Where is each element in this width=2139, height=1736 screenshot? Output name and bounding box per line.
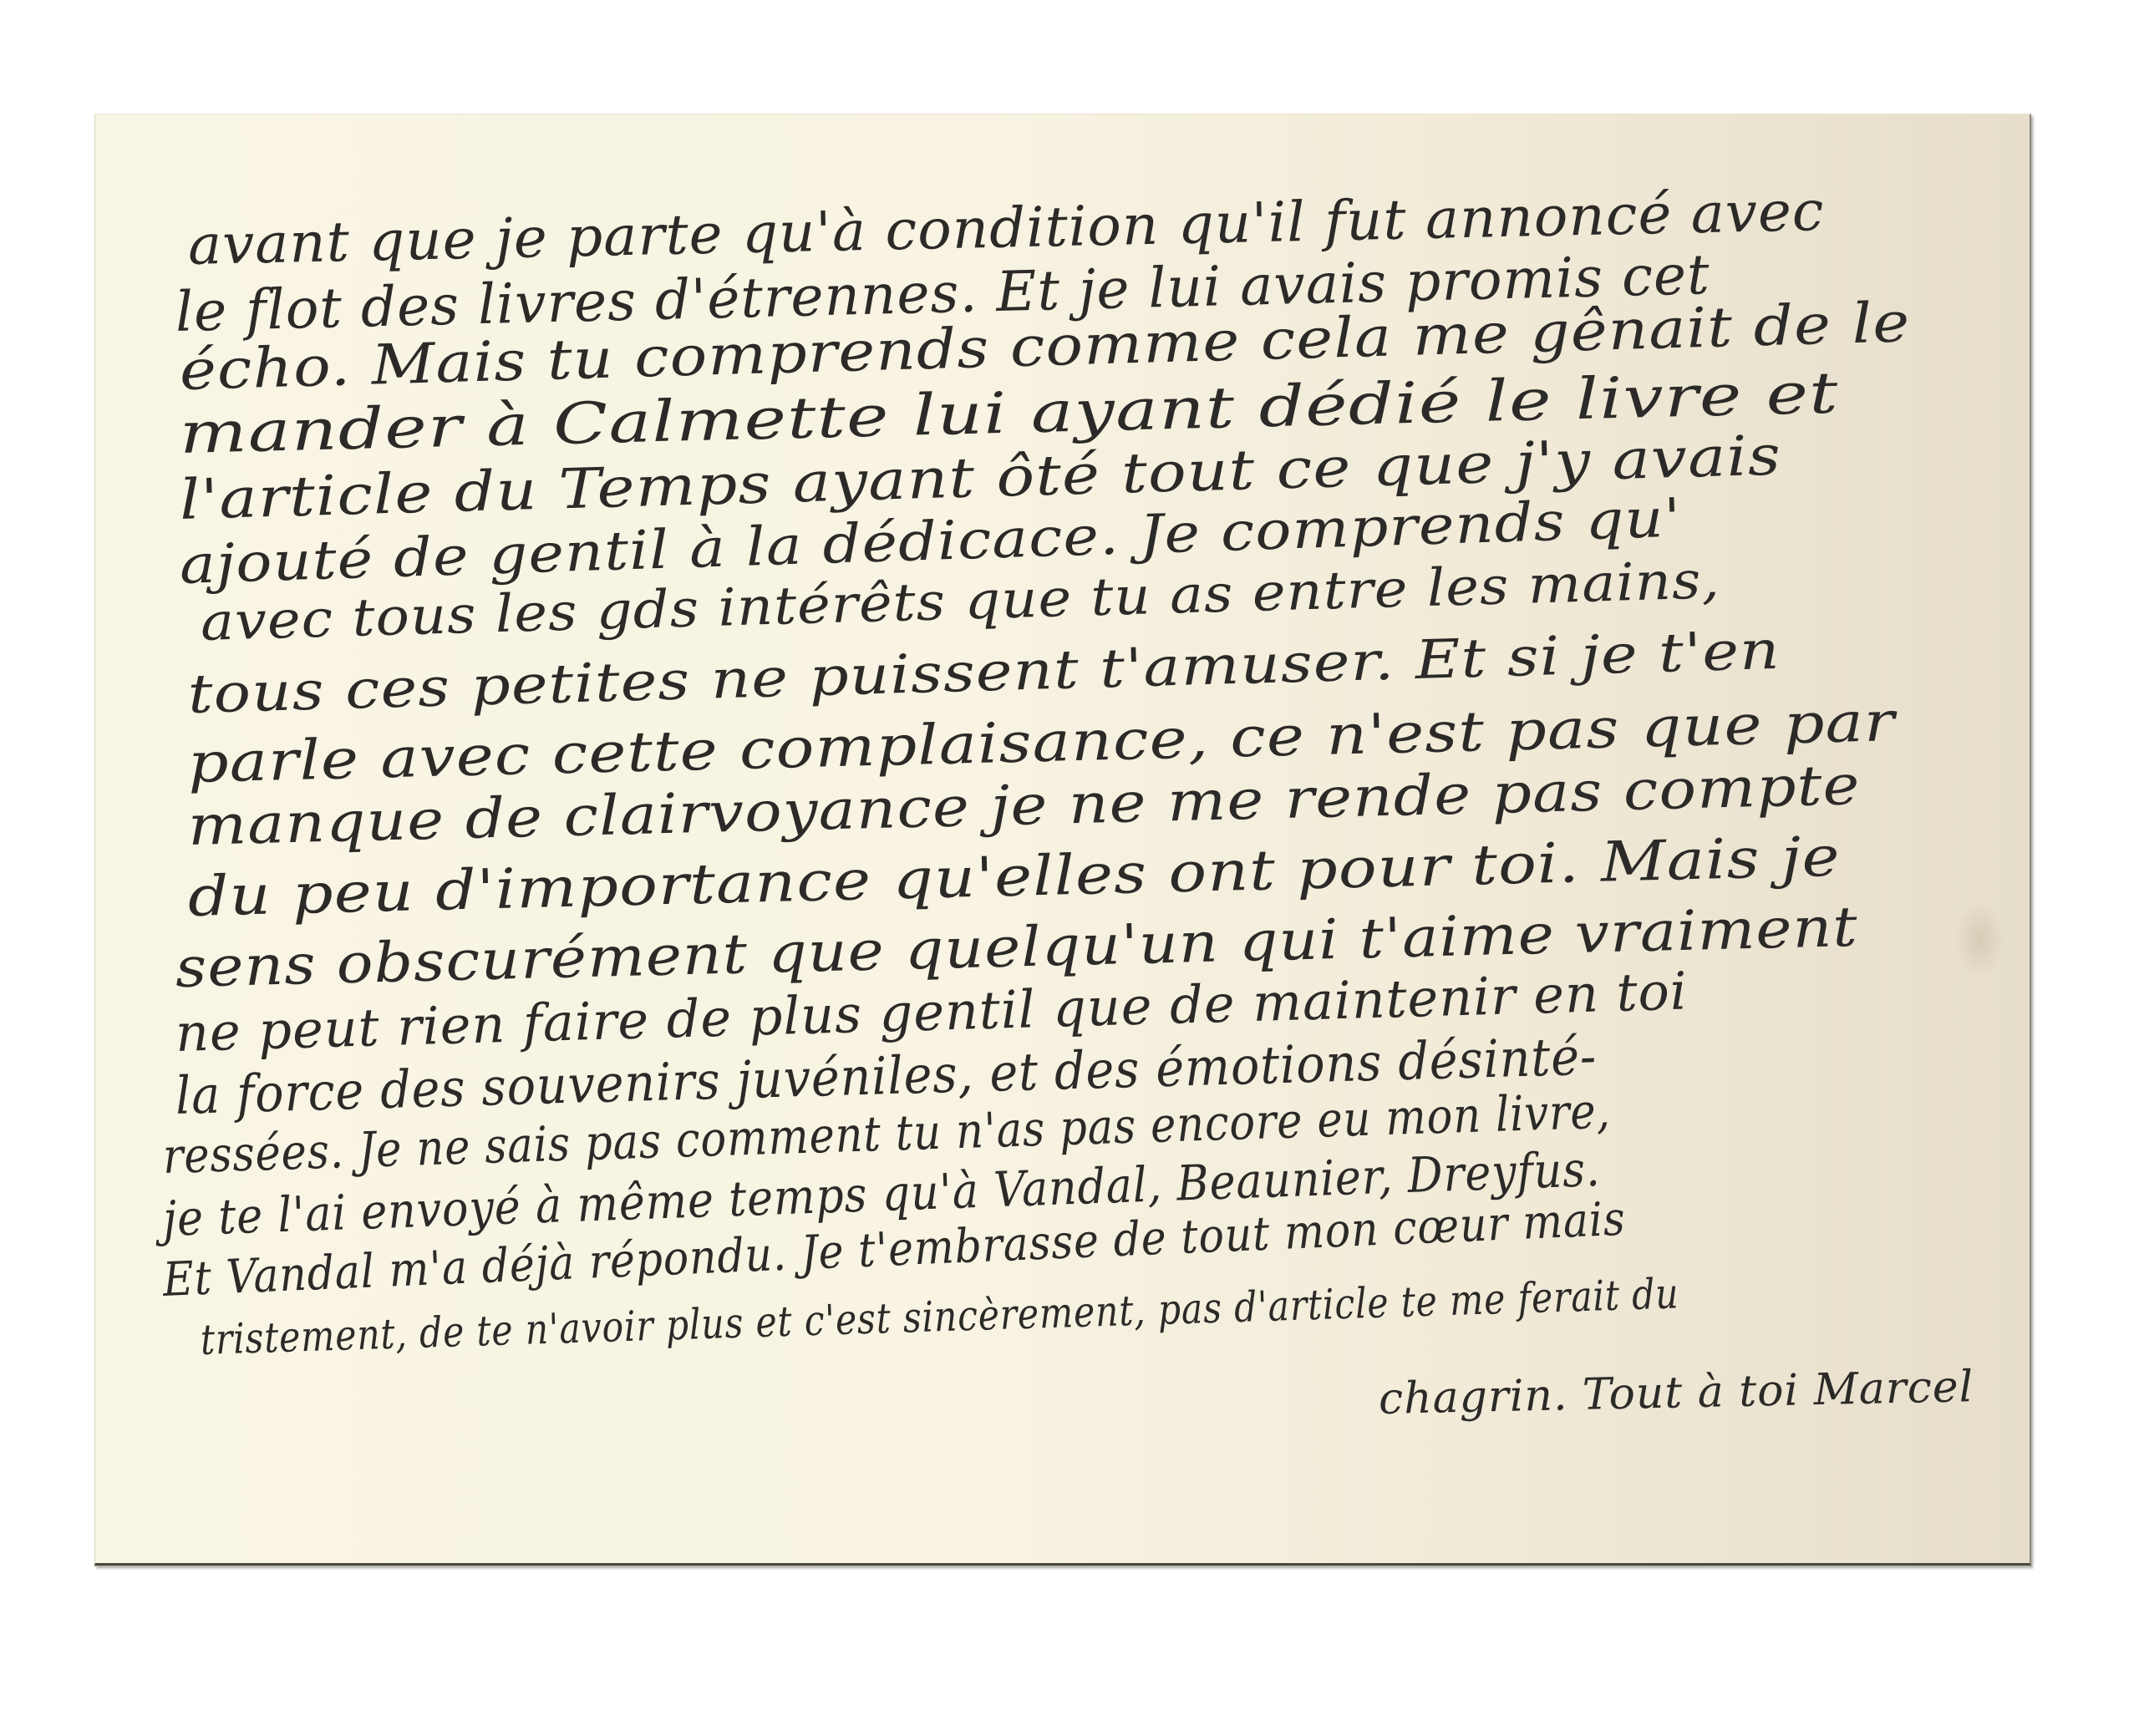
- paper-stain: [1955, 902, 2005, 977]
